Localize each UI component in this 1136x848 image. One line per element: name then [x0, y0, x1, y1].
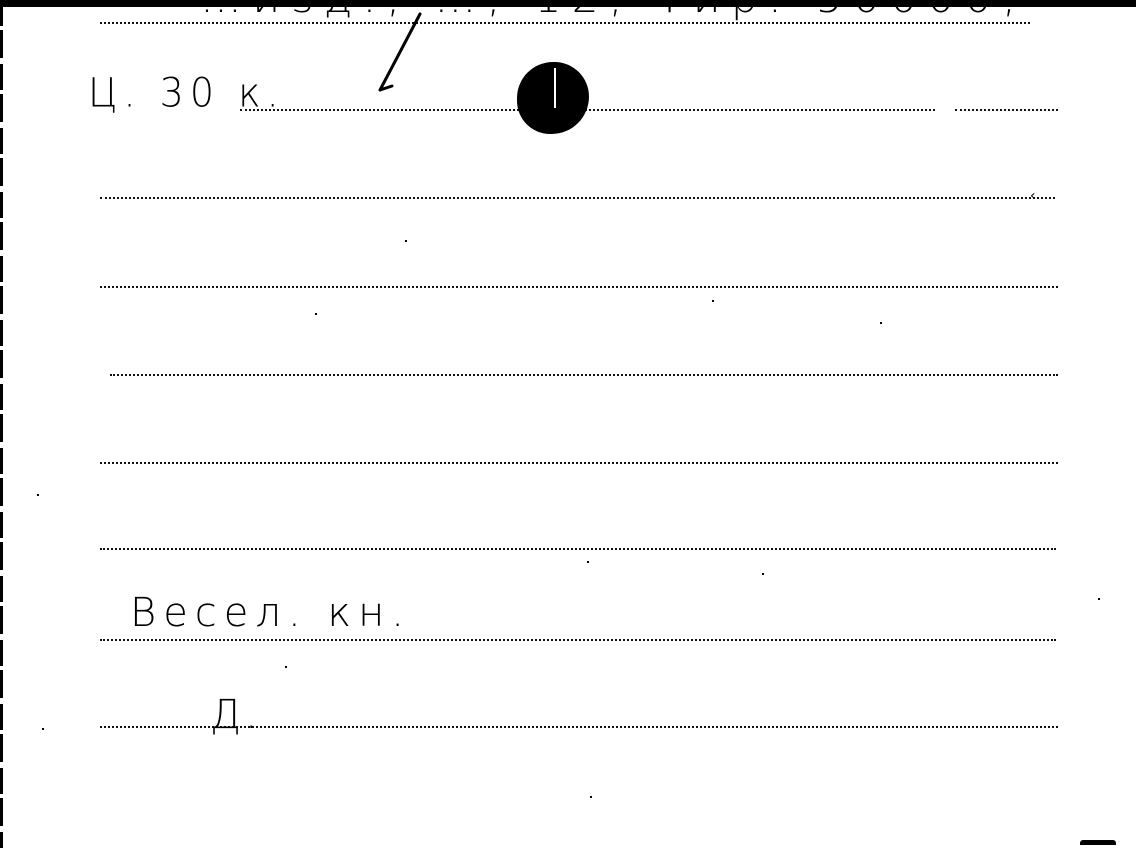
scan-corner-mark: [1080, 840, 1116, 845]
scan-speck: [590, 796, 592, 798]
scan-speck: [285, 666, 287, 668]
ruled-line-5: [110, 374, 1058, 376]
ink-blot-icon: [517, 62, 589, 134]
scan-speck: [712, 300, 714, 302]
scan-speck: [42, 728, 44, 730]
ruled-line-7: [100, 548, 1056, 550]
handwritten-publisher: Весел. кн.: [130, 590, 411, 636]
scan-speck: [587, 561, 589, 563]
handwritten-initial: Д.: [210, 692, 262, 738]
handwritten-line-top: …изд., …, 12, Тир. 50000;: [200, 0, 1027, 22]
ruled-line-4: [100, 286, 1058, 288]
handwritten-price: Ц. 30 к.: [88, 70, 285, 116]
scan-left-edge: [0, 0, 3, 848]
scan-speck: [880, 322, 882, 324]
ruled-line-1: [100, 22, 1030, 24]
scan-speck: [315, 313, 317, 315]
ruled-line-8: [100, 639, 1056, 641]
ruled-line-2: [240, 109, 935, 111]
scan-speck: [405, 240, 407, 242]
ruled-line-6: [100, 462, 1058, 464]
scan-speck: [37, 494, 39, 496]
scan-speck: [762, 573, 764, 575]
scan-speck: [1098, 598, 1100, 600]
ruled-line-2b: [955, 109, 1058, 111]
ruled-line-3: [100, 197, 1055, 199]
index-card: …изд., …, 12, Тир. 50000; Ц. 30 к. Весел…: [0, 0, 1136, 848]
tick-mark-icon: ‹: [1030, 188, 1036, 204]
